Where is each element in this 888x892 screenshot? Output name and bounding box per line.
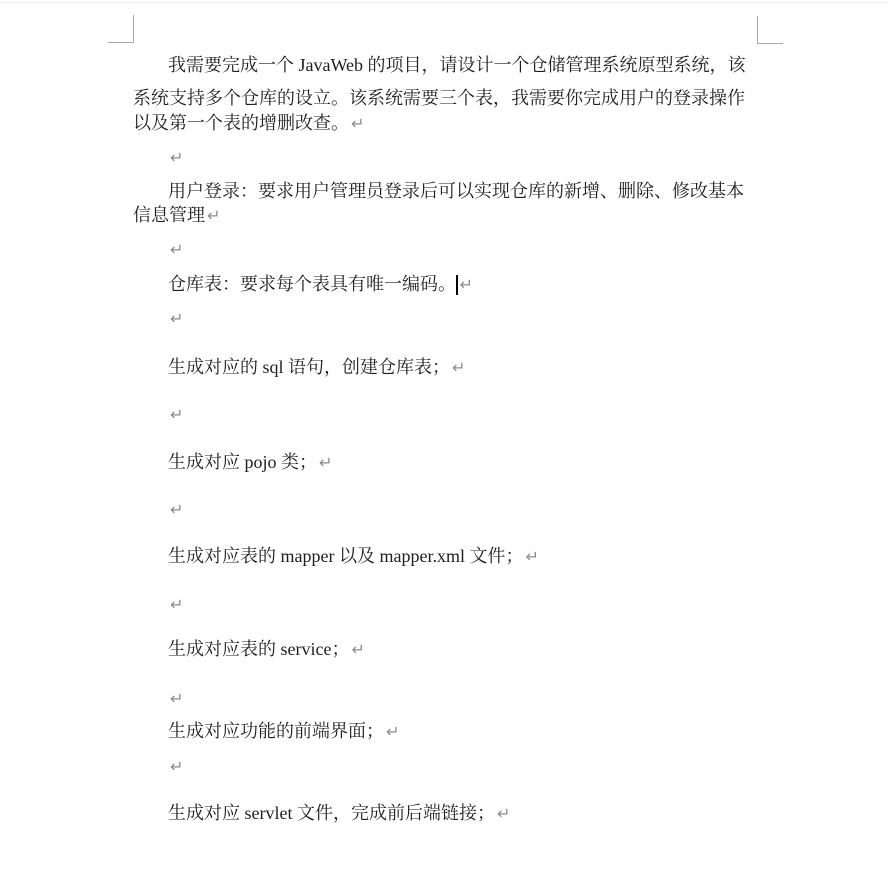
text-line[interactable]: 生成对应表的 mapper 以及 mapper.xml 文件；↵	[168, 544, 539, 568]
pilcrow-mark: ↵	[170, 689, 183, 708]
text-line[interactable]: 以及第一个表的增删改查。↵	[133, 111, 364, 135]
empty-line[interactable]: ↵	[168, 497, 183, 521]
pilcrow-mark: ↵	[351, 114, 364, 133]
text-line[interactable]: 我需要完成一个 JavaWeb 的项目，请设计一个仓储管理系统原型系统，该	[168, 53, 746, 77]
line-text: 生成对应表的 service；	[168, 639, 349, 659]
document-page[interactable]: 我需要完成一个 JavaWeb 的项目，请设计一个仓储管理系统原型系统，该 系统…	[0, 0, 888, 892]
pilcrow-mark: ↵	[319, 453, 332, 472]
pilcrow-mark: ↵	[170, 148, 183, 167]
line-text: 生成对应 servlet 文件，完成前后端链接；	[168, 803, 495, 823]
line-text: 我需要完成一个 JavaWeb 的项目，请设计一个仓储管理系统原型系统，该	[168, 55, 746, 75]
text-line[interactable]: 生成对应的 sql 语句，创建仓库表；↵	[168, 355, 465, 379]
empty-line[interactable]: ↵	[168, 306, 183, 330]
text-line[interactable]: 生成对应表的 service；↵	[168, 637, 365, 661]
empty-line[interactable]: ↵	[168, 754, 183, 778]
line-text: 仓库表：要求每个表具有唯一编码。	[168, 274, 456, 294]
text-line[interactable]: 生成对应功能的前端界面；↵	[168, 719, 399, 743]
margin-crop-mark-top-right	[757, 16, 783, 44]
line-text: 生成对应的 sql 语句，创建仓库表；	[168, 357, 450, 377]
line-text: 系统支持多个仓库的设立。该系统需要三个表，我需要你完成用户的登录操作	[133, 88, 745, 108]
pilcrow-mark: ↵	[170, 757, 183, 776]
empty-line[interactable]: ↵	[168, 592, 183, 616]
line-text: 用户登录：要求用户管理员登录后可以实现仓库的新增、删除、修改基本	[168, 181, 744, 201]
pilcrow-mark: ↵	[460, 275, 473, 294]
line-text: 生成对应表的 mapper 以及 mapper.xml 文件；	[168, 546, 523, 566]
line-text: 生成对应 pojo 类；	[168, 452, 317, 472]
pilcrow-mark: ↵	[497, 804, 510, 823]
pilcrow-mark: ↵	[351, 640, 364, 659]
pilcrow-mark: ↵	[452, 358, 465, 377]
page-top-edge	[0, 2, 888, 3]
empty-line[interactable]: ↵	[168, 402, 183, 426]
text-line[interactable]: 生成对应 servlet 文件，完成前后端链接；↵	[168, 801, 510, 825]
empty-line[interactable]: ↵	[168, 237, 183, 261]
line-text: 信息管理	[133, 205, 205, 225]
pilcrow-mark: ↵	[207, 206, 220, 225]
pilcrow-mark: ↵	[525, 547, 538, 566]
line-text: 以及第一个表的增删改查。	[133, 113, 349, 133]
pilcrow-mark: ↵	[170, 405, 183, 424]
pilcrow-mark: ↵	[170, 309, 183, 328]
pilcrow-mark: ↵	[170, 240, 183, 259]
pilcrow-mark: ↵	[386, 722, 399, 741]
empty-line[interactable]: ↵	[168, 686, 183, 710]
text-line[interactable]: 系统支持多个仓库的设立。该系统需要三个表，我需要你完成用户的登录操作	[133, 86, 745, 110]
line-text: 生成对应功能的前端界面；	[168, 721, 384, 741]
pilcrow-mark: ↵	[170, 595, 183, 614]
text-cursor	[456, 275, 458, 295]
empty-line[interactable]: ↵	[168, 145, 183, 169]
text-line[interactable]: 仓库表：要求每个表具有唯一编码。↵	[168, 272, 473, 296]
text-line[interactable]: 用户登录：要求用户管理员登录后可以实现仓库的新增、删除、修改基本	[168, 179, 744, 203]
text-line[interactable]: 信息管理↵	[133, 203, 220, 227]
text-line[interactable]: 生成对应 pojo 类；↵	[168, 450, 332, 474]
margin-crop-mark-top-left	[108, 15, 134, 43]
pilcrow-mark: ↵	[170, 500, 183, 519]
